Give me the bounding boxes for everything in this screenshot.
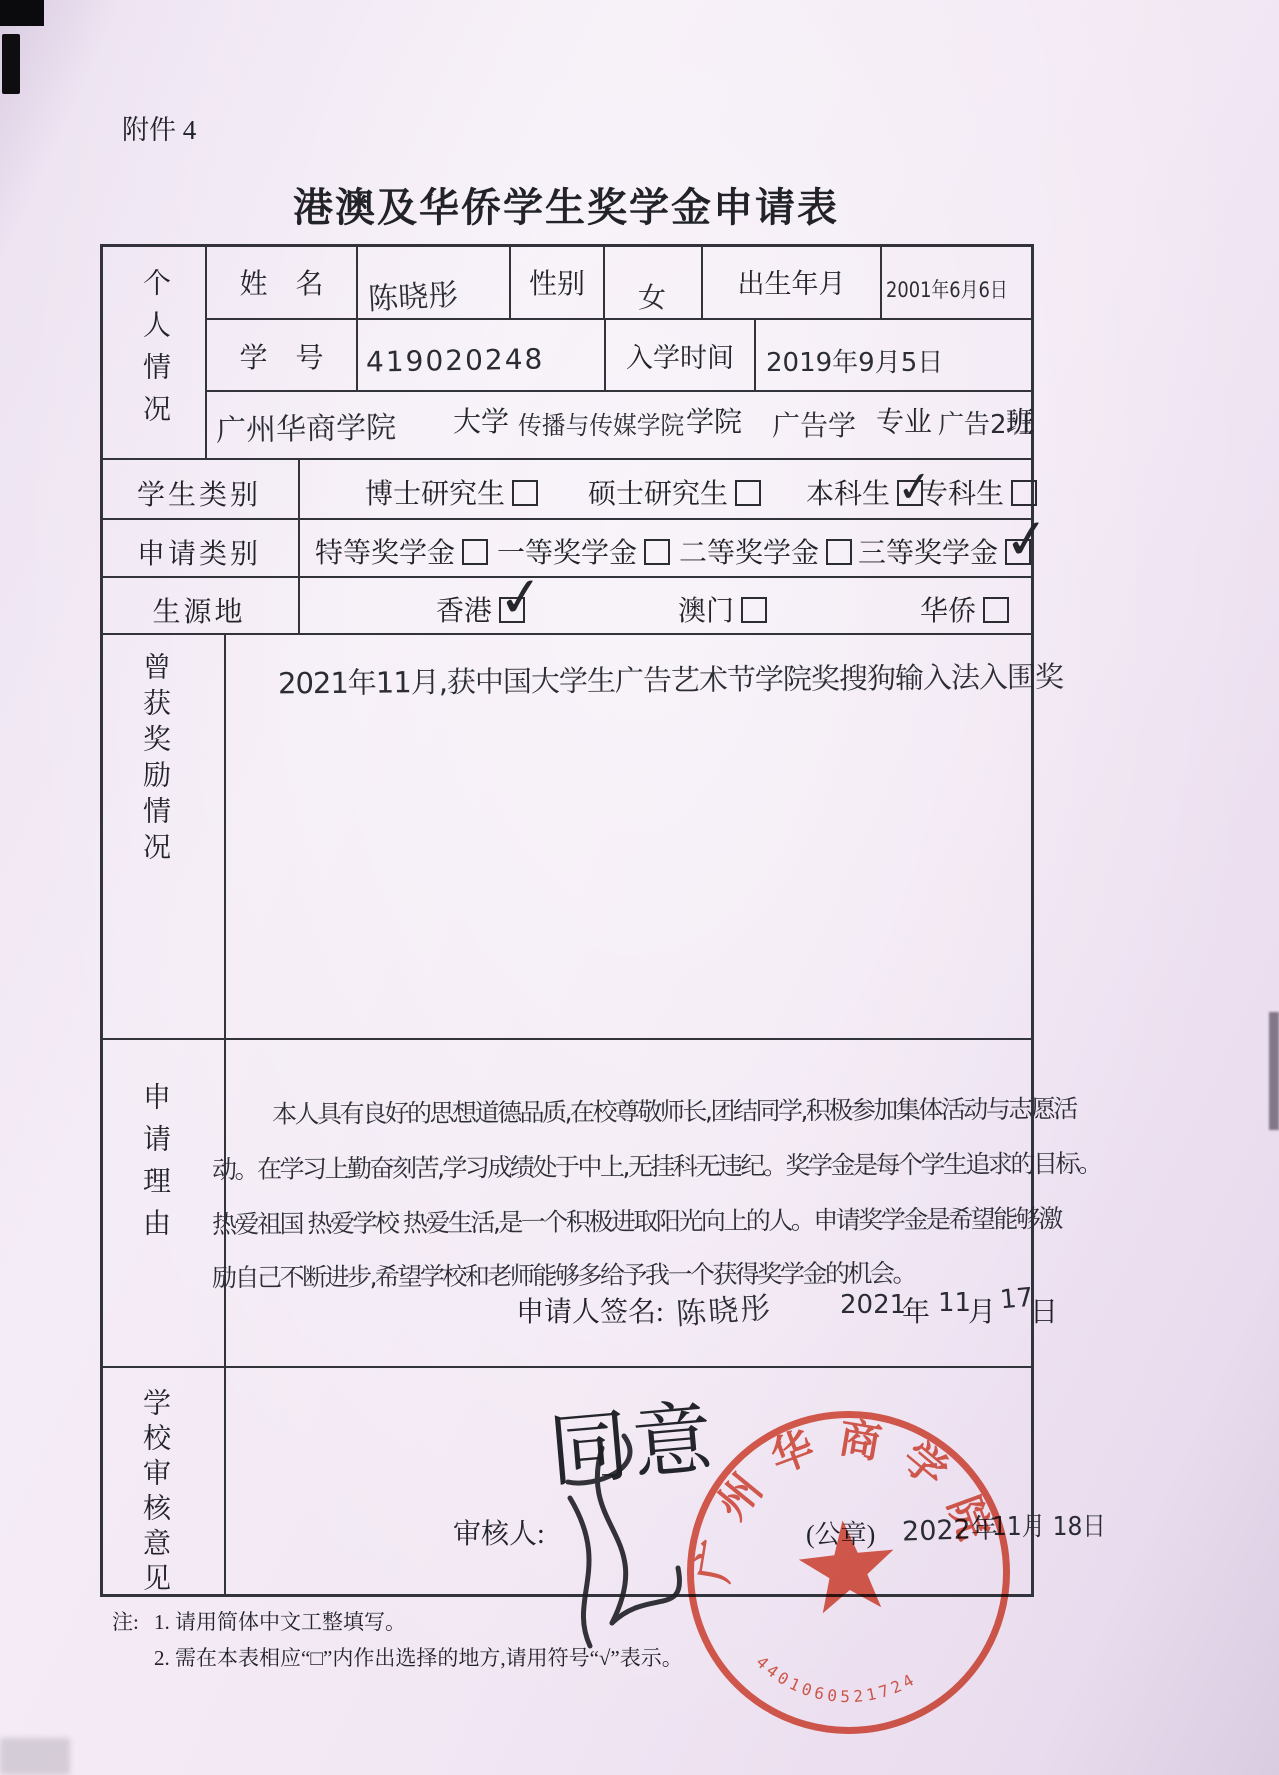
rule <box>100 458 1031 460</box>
option-label: 博士研究生 <box>365 479 505 510</box>
rule <box>356 318 358 392</box>
checkmark: ✓ <box>1002 514 1052 567</box>
checkbox-associate <box>1011 480 1037 506</box>
option-label: 专科生 <box>920 479 1004 510</box>
sign-month-label: 月 <box>968 1290 996 1330</box>
rule <box>100 576 1031 578</box>
checkmark: ✓ <box>496 572 546 625</box>
attachment-label: 附件 4 <box>122 108 196 147</box>
enroll-value: 2019年9月5日 <box>766 342 943 379</box>
rule <box>100 633 1031 635</box>
option-label: 特等奖学金 <box>315 538 455 569</box>
birth-value: 2001年6月6日 <box>886 274 1008 304</box>
rule <box>224 633 226 1596</box>
college-value: 传播与传媒学院 <box>518 406 684 442</box>
checkbox-first <box>644 539 670 565</box>
option-undergraduate: 本科生✓ <box>806 472 923 512</box>
option-second-scholarship: 二等奖学金 <box>679 531 852 571</box>
stamp-star <box>795 1515 899 1615</box>
major-value: 广告学 <box>772 404 856 444</box>
form-title: 港澳及华侨学生奖学金申请表 <box>100 176 1032 233</box>
rule <box>100 1366 1031 1368</box>
notes-prefix: 注: <box>112 1606 139 1636</box>
reason-line: 励自己不断进步,希望学校和老师能够多给予我一个获得奖学金的机会。 <box>212 1254 915 1295</box>
rule <box>754 318 756 392</box>
student-id-value: 419020248 <box>366 342 545 378</box>
option-third-scholarship: 三等奖学金✓ <box>858 531 1031 571</box>
note-1: 1. 请用简体中文工整填写。 <box>154 1606 406 1636</box>
option-label: 香港 <box>436 596 492 627</box>
option-overseas: 华侨 <box>920 589 1009 629</box>
section-label-awards: 曾获奖励情况 <box>134 652 174 868</box>
option-hongkong: 香港✓ <box>436 589 525 629</box>
reason-line: 动。在学习上勤奋刻苦,学习成绩处于中上,无挂科无违纪。奖学金是每个学生追求的目标… <box>212 1144 1101 1186</box>
reason-line: 热爱祖国 热爱学校 热爱生活,是一个积极进取阳光向上的人。申请奖学金是希望能够激 <box>212 1199 1061 1241</box>
option-special-scholarship: 特等奖学金 <box>315 531 488 571</box>
rule <box>207 390 1031 392</box>
option-macao: 澳门 <box>678 589 767 629</box>
section-label-reason: 申请理由 <box>134 1082 174 1250</box>
official-seal-stamp: 广州华商学院 4401060521724 <box>659 1383 1038 1762</box>
option-masters: 硕士研究生 <box>588 472 761 512</box>
checkbox-hongkong-checked: ✓ <box>499 597 525 623</box>
table-border-left <box>100 244 103 1597</box>
rule <box>298 458 300 635</box>
applicant-sign-label: 申请人签名: <box>516 1290 664 1330</box>
applicant-signature: 陈晓彤 <box>675 1283 774 1334</box>
student-id-label: 学 号 <box>207 336 356 376</box>
option-label: 本科生 <box>806 479 890 510</box>
school-value: 广州华商学院 <box>216 402 397 449</box>
scanned-application-form: 附件 4 港澳及华侨学生奖学金申请表 个人情况 姓 名 陈晓彤 性别 女 出生年… <box>0 0 1279 1775</box>
rule <box>100 1038 1031 1040</box>
apply-type-label: 申请类别 <box>100 532 298 572</box>
school-suffix: 大学 <box>453 400 509 440</box>
checkbox-second <box>826 539 852 565</box>
checkbox-masters <box>735 480 761 506</box>
scan-artifact-bottomleft <box>0 1738 70 1775</box>
sign-month-value: 11 <box>938 1288 971 1318</box>
birth-label: 出生年月 <box>703 262 880 301</box>
option-doctoral: 博士研究生 <box>365 472 538 512</box>
rule <box>603 244 605 320</box>
gender-label: 性别 <box>511 262 603 302</box>
option-label: 一等奖学金 <box>497 538 637 569</box>
class-suffix: 班 <box>1006 400 1034 440</box>
option-associate: 专科生 <box>920 472 1037 512</box>
awards-content: 2021年11月,获中国大学生广告艺术节学院奖搜狗输入法入围奖 <box>278 655 1063 703</box>
rule <box>880 244 882 320</box>
gender-value: 女 <box>638 276 666 316</box>
rule <box>356 244 358 320</box>
section-label-review: 学校审核意见 <box>134 1388 174 1598</box>
svg-text:4401060521724: 4401060521724 <box>751 1637 922 1717</box>
sign-day-value: 17 <box>999 1283 1035 1316</box>
name-label: 姓 名 <box>207 262 356 302</box>
table-border-top <box>100 244 1034 247</box>
checkbox-doctoral <box>512 480 538 506</box>
option-label: 三等奖学金 <box>858 538 998 569</box>
checkbox-special <box>462 539 488 565</box>
option-label: 澳门 <box>678 596 734 627</box>
checkbox-third-checked: ✓ <box>1005 539 1031 565</box>
name-value: 陈晓彤 <box>367 270 459 319</box>
sign-day-label: 日 <box>1030 1290 1058 1330</box>
section-label-personal: 个人情况 <box>134 268 174 436</box>
table-border-right <box>1031 244 1034 1597</box>
option-label: 硕士研究生 <box>588 479 728 510</box>
checkbox-overseas <box>983 597 1009 623</box>
sign-year-value: 2021 <box>840 1290 906 1320</box>
scan-artifact-right-edge <box>1269 1012 1279 1130</box>
option-label: 二等奖学金 <box>679 538 819 569</box>
college-suffix: 学院 <box>686 400 742 440</box>
option-label: 华侨 <box>920 596 976 627</box>
checkbox-macao <box>741 597 767 623</box>
origin-label: 生源地 <box>100 590 298 630</box>
scan-artifact-topleft <box>0 0 44 26</box>
student-type-label: 学生类别 <box>100 473 298 513</box>
stamp-serial: 4401060521724 <box>751 1637 922 1717</box>
reason-line: 本人具有良好的思想道德品质,在校尊敬师长,团结同学,积极参加集体活动与志愿活 <box>272 1089 1076 1131</box>
sign-year-label: 年 <box>902 1290 930 1330</box>
scan-artifact-left <box>2 34 20 94</box>
enroll-label: 入学时间 <box>606 336 754 375</box>
major-suffix: 专业 <box>876 400 932 440</box>
rule <box>207 318 1031 320</box>
rule <box>100 518 1031 520</box>
